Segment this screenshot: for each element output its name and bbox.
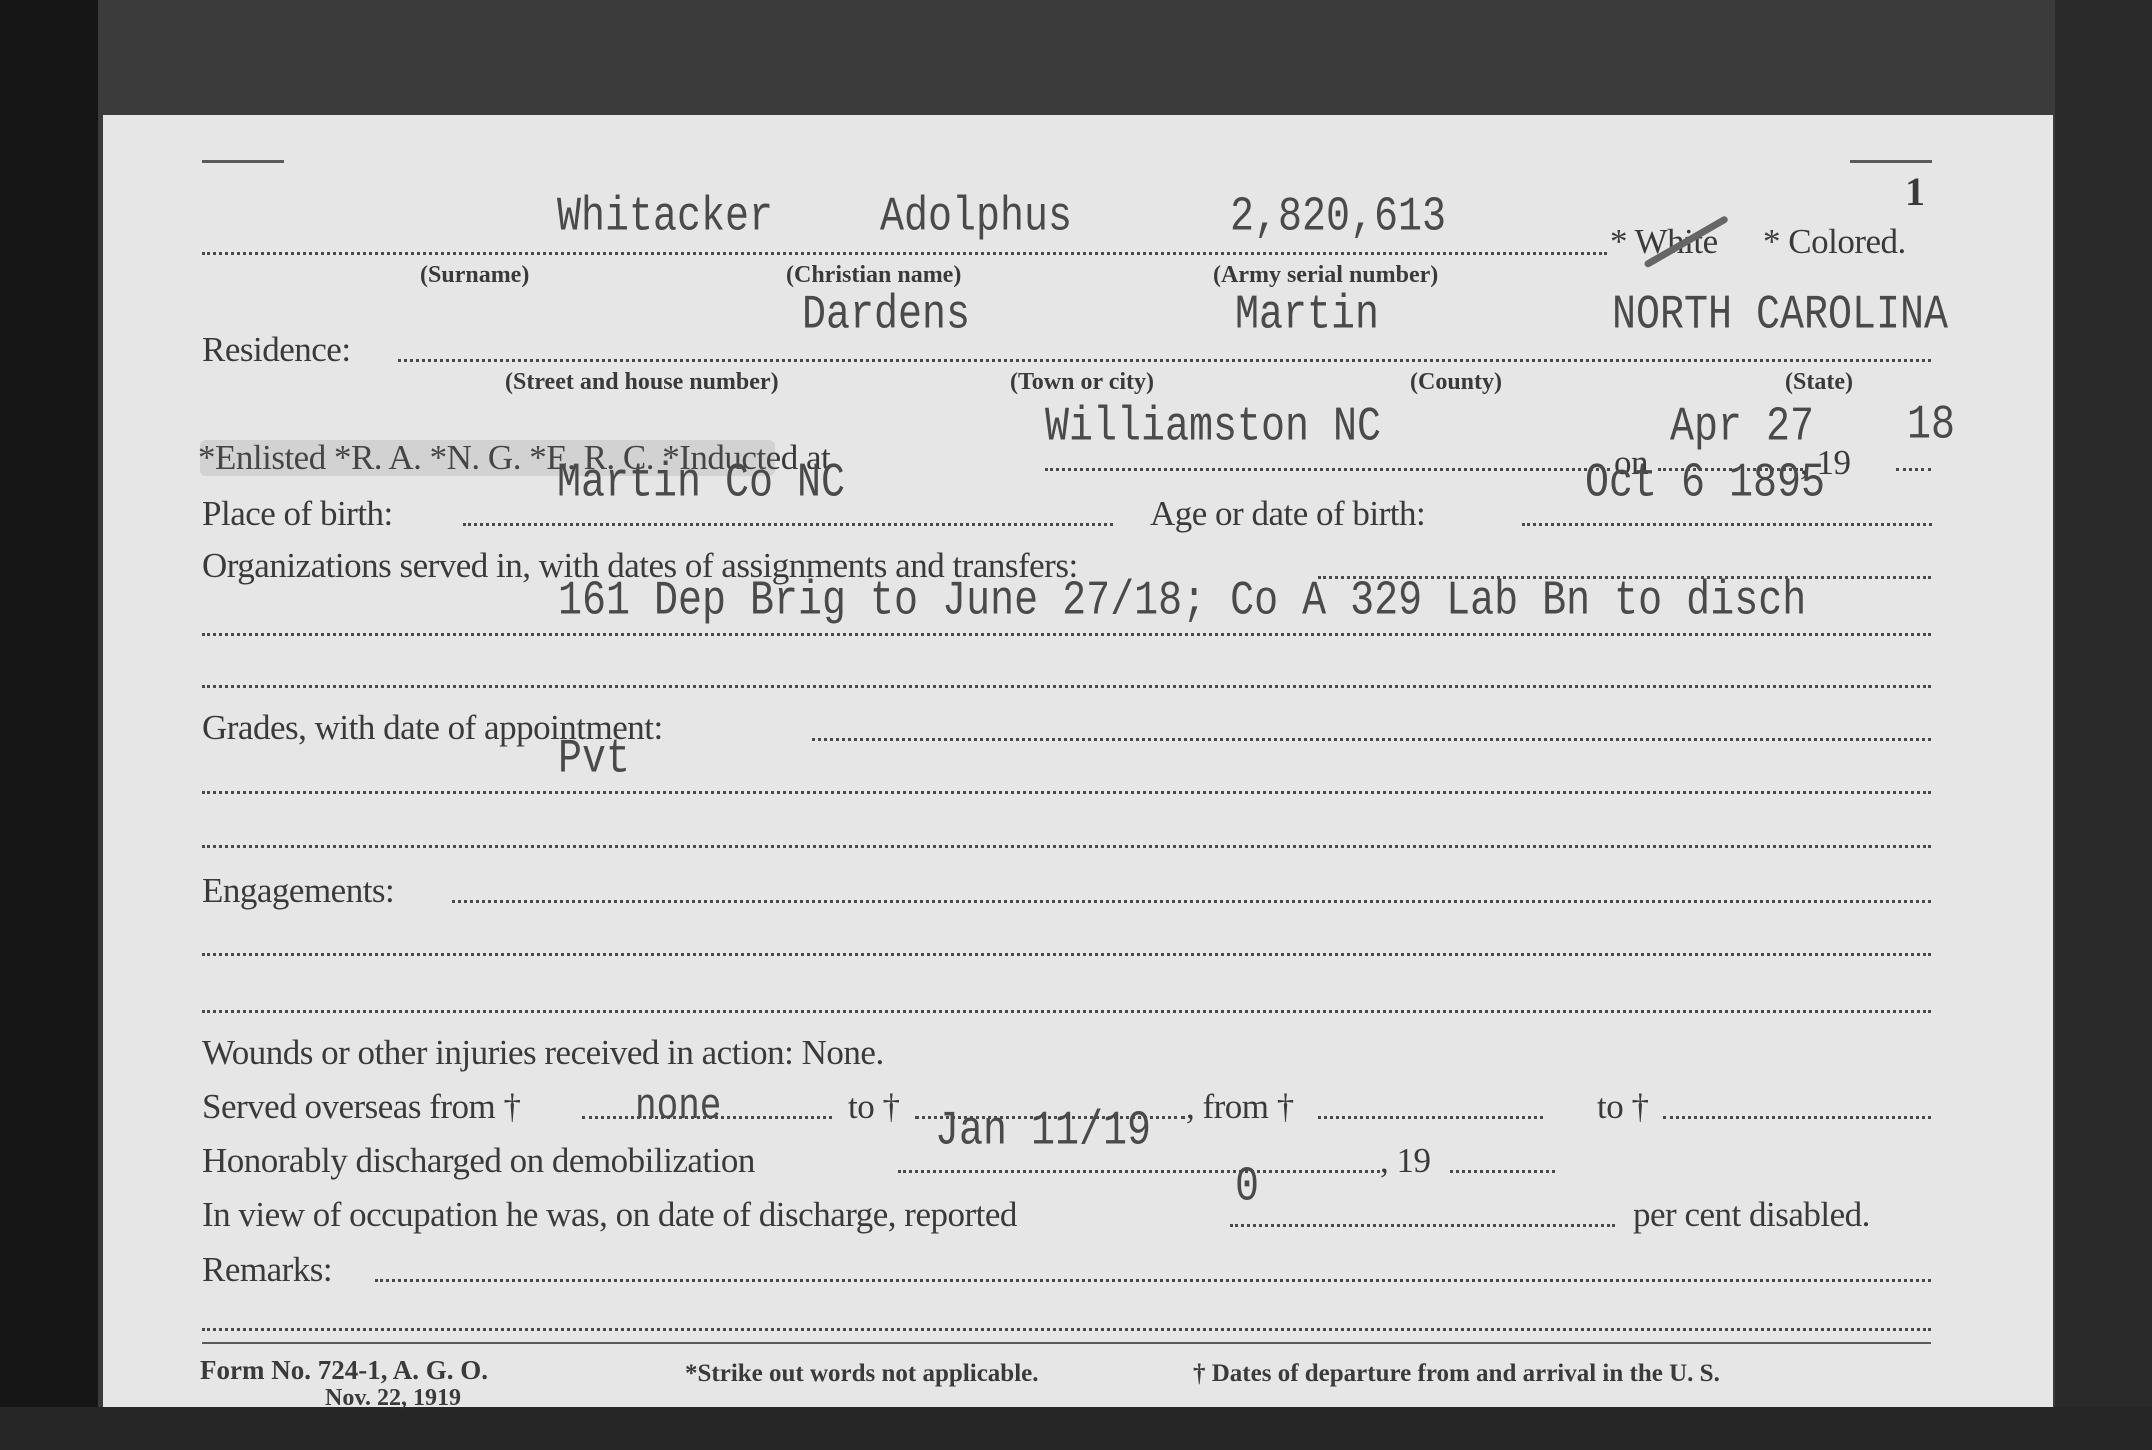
date-of-birth-line [1522,523,1932,526]
residence-state-value: NORTH CAROLINA [1612,289,1948,343]
name-line [202,252,1607,255]
induction-place-line [1045,468,1610,471]
discharge-date-line [898,1170,1380,1173]
residence-line [398,359,1931,362]
surname-value: Whitacker [557,191,773,245]
surname-label: (Surname) [420,262,529,289]
remarks-label: Remarks: [202,1250,332,1290]
engagements-line-1 [452,900,1931,903]
induction-year-value: 18 [1907,399,1955,453]
left-binding-strip [0,0,98,1450]
top-left-rule [202,160,284,163]
organizations-line-2 [202,633,1931,636]
grades-entry: Pvt [558,733,630,787]
card-number: 1 [1905,168,1925,215]
disability-label: In view of occupation he was, on date of… [202,1195,1017,1235]
organizations-entry: 161 Dep Brig to June 27/18; Co A 329 Lab… [558,575,1806,629]
remarks-line-2 [202,1328,1931,1331]
disability-line [1230,1224,1615,1227]
wounds-label: Wounds or other injuries received in act… [202,1033,884,1073]
overseas-to-line-2 [1663,1116,1931,1119]
induction-place-value: Williamston NC [1045,401,1381,455]
organizations-line-3 [202,685,1931,688]
discharge-year-label: , 19 [1380,1141,1431,1181]
street-label: (Street and house number) [505,369,779,396]
place-of-birth-label: Place of birth: [202,494,393,534]
discharge-year-line [1450,1170,1555,1173]
town-label: (Town or city) [1010,369,1154,396]
residence-label: Residence: [202,330,351,370]
christian-name-label: (Christian name) [786,262,961,289]
footer-divider [202,1342,1931,1344]
race-colored: * Colored. [1763,222,1906,262]
overseas-to2-label: to † [1597,1087,1648,1127]
disability-value: 0 [1235,1161,1259,1215]
grades-line-1 [812,738,1931,741]
remarks-line-1 [375,1279,1931,1282]
form-number: Form No. 724-1, A. G. O. [200,1355,488,1386]
christian-name-value: Adolphus [880,191,1072,245]
state-label: (State) [1785,369,1853,396]
overseas-value: none [635,1082,721,1131]
overseas-to-label: to † [848,1087,899,1127]
disability-suffix: per cent disabled. [1633,1195,1870,1235]
grades-line-2 [202,791,1931,794]
overseas-from2-label: , from † [1186,1087,1294,1127]
overseas-from-label: Served overseas from † [202,1087,520,1127]
residence-county-value: Martin [1235,289,1379,343]
strike-out-note: *Strike out words not applicable. [685,1360,1039,1388]
bottom-background [0,1407,2152,1450]
form-date: Nov. 22, 1919 [325,1385,461,1412]
place-of-birth-line [463,523,1113,526]
right-background-strip [2055,0,2152,1450]
place-of-birth-value: Martin Co NC [557,457,845,511]
serial-number-label: (Army serial number) [1213,262,1438,289]
discharge-date-value: Jan 11/19 [935,1105,1151,1159]
residence-street-value: Dardens [802,289,970,343]
dates-note: † Dates of departure from and arrival in… [1193,1360,1720,1388]
induction-year-line [1896,468,1931,471]
engagements-line-2 [202,953,1931,956]
serial-number-value: 2,820,613 [1230,191,1446,245]
grades-line-3 [202,845,1931,848]
top-right-rule [1850,160,1932,163]
overseas-from-line-2 [1318,1116,1543,1119]
date-of-birth-value: Oct 6 1895 [1585,457,1825,511]
engagements-label: Engagements: [202,871,394,911]
induction-date-value: Apr 27 [1670,401,1814,455]
discharge-label: Honorably discharged on demobilization [202,1141,755,1181]
county-label: (County) [1410,369,1502,396]
engagements-line-3 [202,1010,1931,1013]
date-of-birth-label: Age or date of birth: [1150,494,1425,534]
